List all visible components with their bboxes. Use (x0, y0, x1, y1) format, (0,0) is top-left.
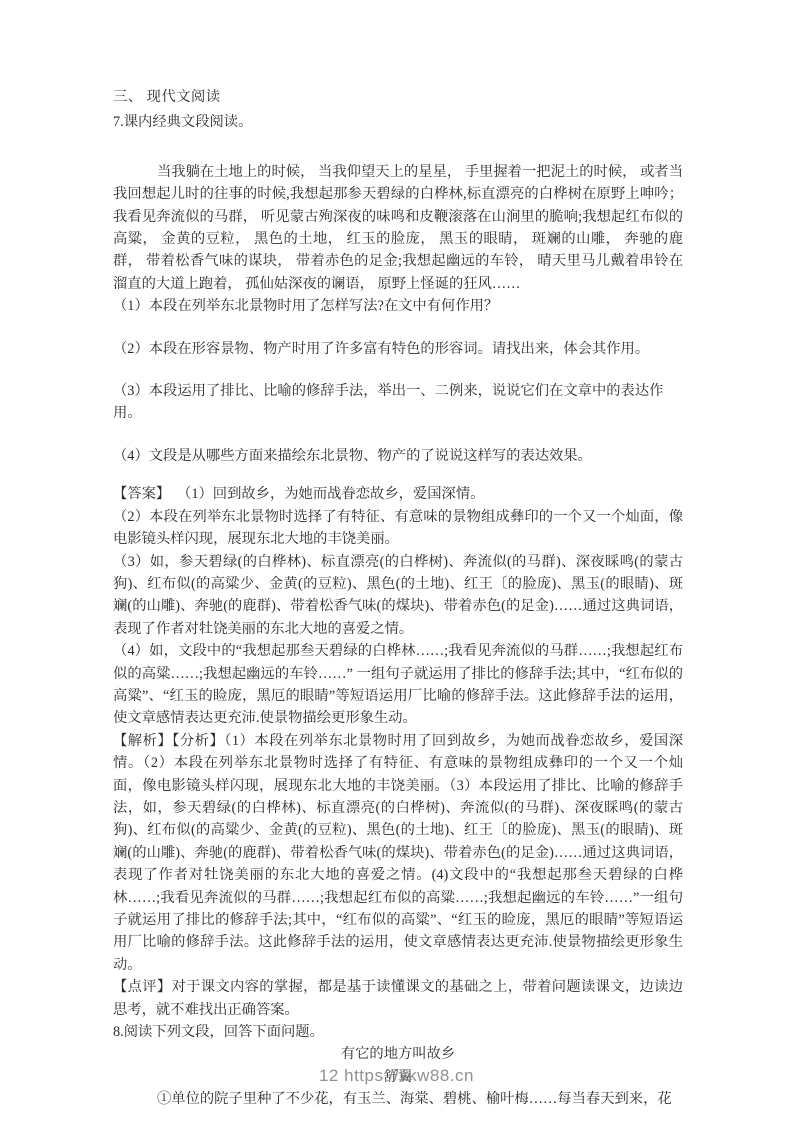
page-footer: 12 https://xkw88.cn (0, 1066, 793, 1086)
answer-item-3: （3）如，参天碧绿(的白桦林)、标直漂亮(的白桦树)、奔流似(的马群)、深夜睬鸣… (113, 551, 683, 641)
page-number: 12 (319, 1066, 339, 1085)
question8-passage-first-line: ①单位的院子里种了不少花，有玉兰、海棠、碧桃、榆叶梅……每当春天到来，花 (113, 1088, 683, 1110)
answer-item-4: （4）如，文段中的“我想起那叁天碧绿的白桦林……;我看见奔流似的马群……;我想起… (113, 640, 683, 730)
analysis-label: 【解析】【分析】 (113, 733, 224, 749)
question8-title: 有它的地方叫故乡 (113, 1043, 683, 1065)
answer-block: 【答案】（1）回到故乡，为她而战眷恋故乡，爱国深情。 （2）本段在列举东北景物时… (113, 483, 683, 729)
section-heading: 三、 现代文阅读 (113, 86, 683, 108)
answer-item-2: （2）本段在列举东北景物时选择了有特征、有意味的景物组成彝印的一个又一个灿面，像… (113, 506, 683, 551)
page-content: 三、 现代文阅读 7.课内经典文段阅读。 当我躺在土地上的时候， 当我仰望天上的… (113, 86, 683, 1111)
analysis-paragraph: 【解析】【分析】（1）本段在列举东北景物时用了回到故乡，为她而战眷恋故乡，爱国深… (113, 730, 683, 976)
comment-label: 【点评】 (113, 979, 172, 995)
analysis-text: （1）本段在列举东北景物时用了回到故乡，为她而战眷恋故乡，爱国深情。（2）本段在… (113, 733, 683, 973)
answer-item-1-row: 【答案】（1）回到故乡，为她而战眷恋故乡，爱国深情。 (113, 483, 683, 505)
question8-lead: 8.阅读下列文段，回答下面问题。 (113, 1021, 683, 1043)
question7-passage: 当我躺在土地上的时候， 当我仰望天上的星星， 手里握着一把泥土的时候， 或者当我… (113, 161, 683, 295)
comment-text: 对于课文内容的掌握，都是基于读懂课文的基础之上，带着问题读课文，边读边思考，就不… (113, 979, 683, 1017)
comment-paragraph: 【点评】对于课文内容的掌握，都是基于读懂课文的基础之上，带着问题读课文，边读边思… (113, 976, 683, 1021)
answer-label: 【答案】 (113, 486, 170, 502)
question7-subquestion-3: （3）本段运用了排比、比喻的修辞手法，举出一、二例来，说说它们在文章中的表达作用… (113, 380, 683, 425)
document-page: 三、 现代文阅读 7.课内经典文段阅读。 当我躺在土地上的时候， 当我仰望天上的… (0, 0, 793, 1122)
answer-item-1: （1）回到故乡，为她而战眷恋故乡，爱国深情。 (184, 486, 484, 502)
question7-subquestion-4: （4）文段是从哪些方面来描绘东北景物、物产的了说说这样写的表达效果。 (113, 445, 683, 467)
question7-subquestion-2: （2）本段在形容景物、物产时用了许多富有特色的形容词。请找出来，体会其作用。 (113, 338, 683, 360)
footer-url: https://xkw88.cn (344, 1066, 474, 1085)
question7-lead: 7.课内经典文段阅读。 (113, 111, 683, 133)
question7-subquestion-1: （1）本段在列举东北景物时用了怎样写法?在文中有何作用？ (113, 295, 683, 317)
